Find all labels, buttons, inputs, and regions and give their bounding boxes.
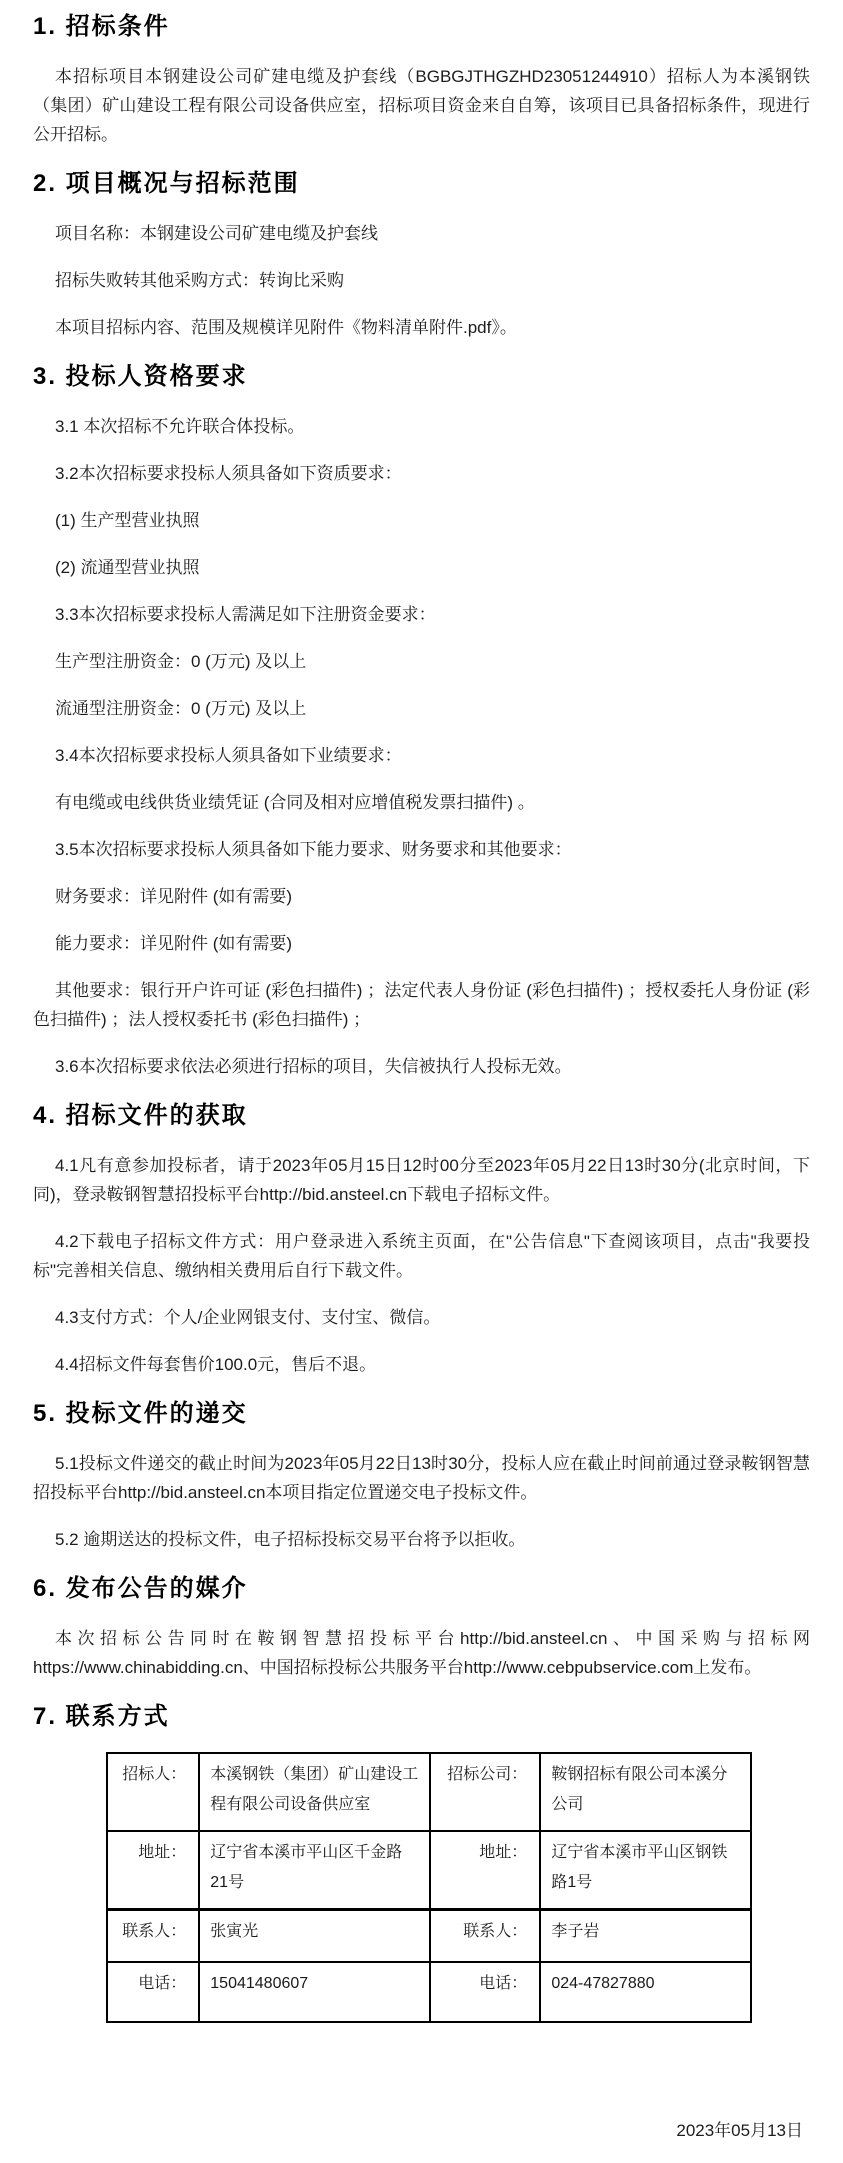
contact-label-address-right: 地址： bbox=[430, 1831, 540, 1910]
section-tender-conditions: 1. 招标条件 本招标项目本钢建设公司矿建电缆及护套线（BGBGJTHGZHD2… bbox=[33, 10, 810, 149]
paragraph: 3.3本次招标要求投标人需满足如下注册资金要求： bbox=[33, 600, 810, 629]
contact-label-tenderer: 招标人： bbox=[107, 1753, 199, 1831]
contact-value-person-right: 李子岩 bbox=[540, 1910, 751, 1962]
section-1-heading: 1. 招标条件 bbox=[33, 10, 810, 44]
section-contact-info: 7. 联系方式 招标人： 本溪钢铁（集团）矿山建设工程有限公司设备供应室 招标公… bbox=[33, 1700, 810, 2023]
paragraph: 4.2下载电子招标文件方式：用户登录进入系统主页面，在"公告信息"下查阅该项目，… bbox=[33, 1227, 810, 1285]
paragraph: 招标失败转其他采购方式：转询比采购 bbox=[33, 266, 810, 295]
paragraph: 生产型注册资金：0 (万元) 及以上 bbox=[33, 647, 810, 676]
contact-value-phone-right: 024-47827880 bbox=[540, 1962, 751, 2022]
contact-value-address-left: 辽宁省本溪市平山区千金路21号 bbox=[199, 1831, 430, 1910]
paragraph: 能力要求：详见附件 (如有需要) bbox=[33, 929, 810, 958]
contact-value-phone-left: 15041480607 bbox=[199, 1962, 430, 2022]
paragraph: 项目名称：本钢建设公司矿建电缆及护套线 bbox=[33, 219, 810, 248]
contact-label-phone-right: 电话： bbox=[430, 1962, 540, 2022]
contact-label-person-left: 联系人： bbox=[107, 1910, 199, 1962]
paragraph: 3.4本次招标要求投标人须具备如下业绩要求： bbox=[33, 741, 810, 770]
paragraph: 3.6本次招标要求依法必须进行招标的项目，失信被执行人投标无效。 bbox=[33, 1052, 810, 1081]
paragraph: 本项目招标内容、范围及规模详见附件《物料清单附件.pdf》。 bbox=[33, 313, 810, 342]
paragraph: 本次招标公告同时在鞍钢智慧招投标平台http://bid.ansteel.cn、… bbox=[33, 1624, 810, 1682]
section-announcement-media: 6. 发布公告的媒介 本次招标公告同时在鞍钢智慧招投标平台http://bid.… bbox=[33, 1572, 810, 1682]
table-row: 地址： 辽宁省本溪市平山区千金路21号 地址： 辽宁省本溪市平山区钢铁路1号 bbox=[107, 1831, 751, 1910]
table-row: 联系人： 张寅光 联系人： 李子岩 bbox=[107, 1910, 751, 1962]
section-bidder-qualifications: 3. 投标人资格要求 3.1 本次招标不允许联合体投标。 3.2本次招标要求投标… bbox=[33, 360, 810, 1081]
contact-value-tenderer: 本溪钢铁（集团）矿山建设工程有限公司设备供应室 bbox=[199, 1753, 430, 1831]
paragraph: 5.2 逾期送达的投标文件，电子招标投标交易平台将予以拒收。 bbox=[33, 1525, 810, 1554]
contact-label-person-right: 联系人： bbox=[430, 1910, 540, 1962]
contact-label-phone-left: 电话： bbox=[107, 1962, 199, 2022]
section-bid-submission: 5. 投标文件的递交 5.1投标文件递交的截止时间为2023年05月22日13时… bbox=[33, 1397, 810, 1554]
paragraph: 流通型注册资金：0 (万元) 及以上 bbox=[33, 694, 810, 723]
paragraph: 4.1凡有意参加投标者，请于2023年05月15日12时00分至2023年05月… bbox=[33, 1151, 810, 1209]
section-5-heading: 5. 投标文件的递交 bbox=[33, 1397, 810, 1431]
paragraph: 4.3支付方式：个人/企业网银支付、支付宝、微信。 bbox=[33, 1303, 810, 1332]
table-row: 招标人： 本溪钢铁（集团）矿山建设工程有限公司设备供应室 招标公司： 鞍钢招标有… bbox=[107, 1753, 751, 1831]
paragraph: 4.4招标文件每套售价100.0元，售后不退。 bbox=[33, 1350, 810, 1379]
section-2-heading: 2. 项目概况与招标范围 bbox=[33, 167, 810, 201]
contact-value-bidding-company: 鞍钢招标有限公司本溪分公司 bbox=[540, 1753, 751, 1831]
paragraph: 有电缆或电线供货业绩凭证 (合同及相对应增值税发票扫描件) 。 bbox=[33, 788, 810, 817]
paragraph: 3.1 本次招标不允许联合体投标。 bbox=[33, 412, 810, 441]
paragraph: 5.1投标文件递交的截止时间为2023年05月22日13时30分，投标人应在截止… bbox=[33, 1449, 810, 1507]
paragraph: (1) 生产型营业执照 bbox=[33, 506, 810, 535]
section-project-overview: 2. 项目概况与招标范围 项目名称：本钢建设公司矿建电缆及护套线 招标失败转其他… bbox=[33, 167, 810, 342]
section-4-heading: 4. 招标文件的获取 bbox=[33, 1099, 810, 1133]
paragraph: 3.2本次招标要求投标人须具备如下资质要求： bbox=[33, 459, 810, 488]
document-content: 1. 招标条件 本招标项目本钢建设公司矿建电缆及护套线（BGBGJTHGZHD2… bbox=[0, 0, 843, 2023]
section-3-heading: 3. 投标人资格要求 bbox=[33, 360, 810, 394]
contact-table: 招标人： 本溪钢铁（集团）矿山建设工程有限公司设备供应室 招标公司： 鞍钢招标有… bbox=[106, 1752, 752, 2023]
tender-notice-document: 1. 招标条件 本招标项目本钢建设公司矿建电缆及护套线（BGBGJTHGZHD2… bbox=[0, 0, 843, 2163]
table-row: 电话： 15041480607 电话： 024-47827880 bbox=[107, 1962, 751, 2022]
paragraph: 财务要求：详见附件 (如有需要) bbox=[33, 882, 810, 911]
contact-value-person-left: 张寅光 bbox=[199, 1910, 430, 1962]
contact-label-address-left: 地址： bbox=[107, 1831, 199, 1910]
contact-value-address-right: 辽宁省本溪市平山区钢铁路1号 bbox=[540, 1831, 751, 1910]
section-obtaining-documents: 4. 招标文件的获取 4.1凡有意参加投标者，请于2023年05月15日12时0… bbox=[33, 1099, 810, 1379]
paragraph: 其他要求：银行开户许可证 (彩色扫描件) ；法定代表人身份证 (彩色扫描件) ；… bbox=[33, 976, 810, 1034]
paragraph: (2) 流通型营业执照 bbox=[33, 553, 810, 582]
paragraph: 3.5本次招标要求投标人须具备如下能力要求、财务要求和其他要求： bbox=[33, 835, 810, 864]
paragraph: 本招标项目本钢建设公司矿建电缆及护套线（BGBGJTHGZHD230512449… bbox=[33, 62, 810, 149]
section-6-heading: 6. 发布公告的媒介 bbox=[33, 1572, 810, 1606]
document-date: 2023年05月13日 bbox=[676, 2116, 803, 2141]
contact-label-bidding-company: 招标公司： bbox=[430, 1753, 540, 1831]
section-7-heading: 7. 联系方式 bbox=[33, 1700, 810, 1734]
